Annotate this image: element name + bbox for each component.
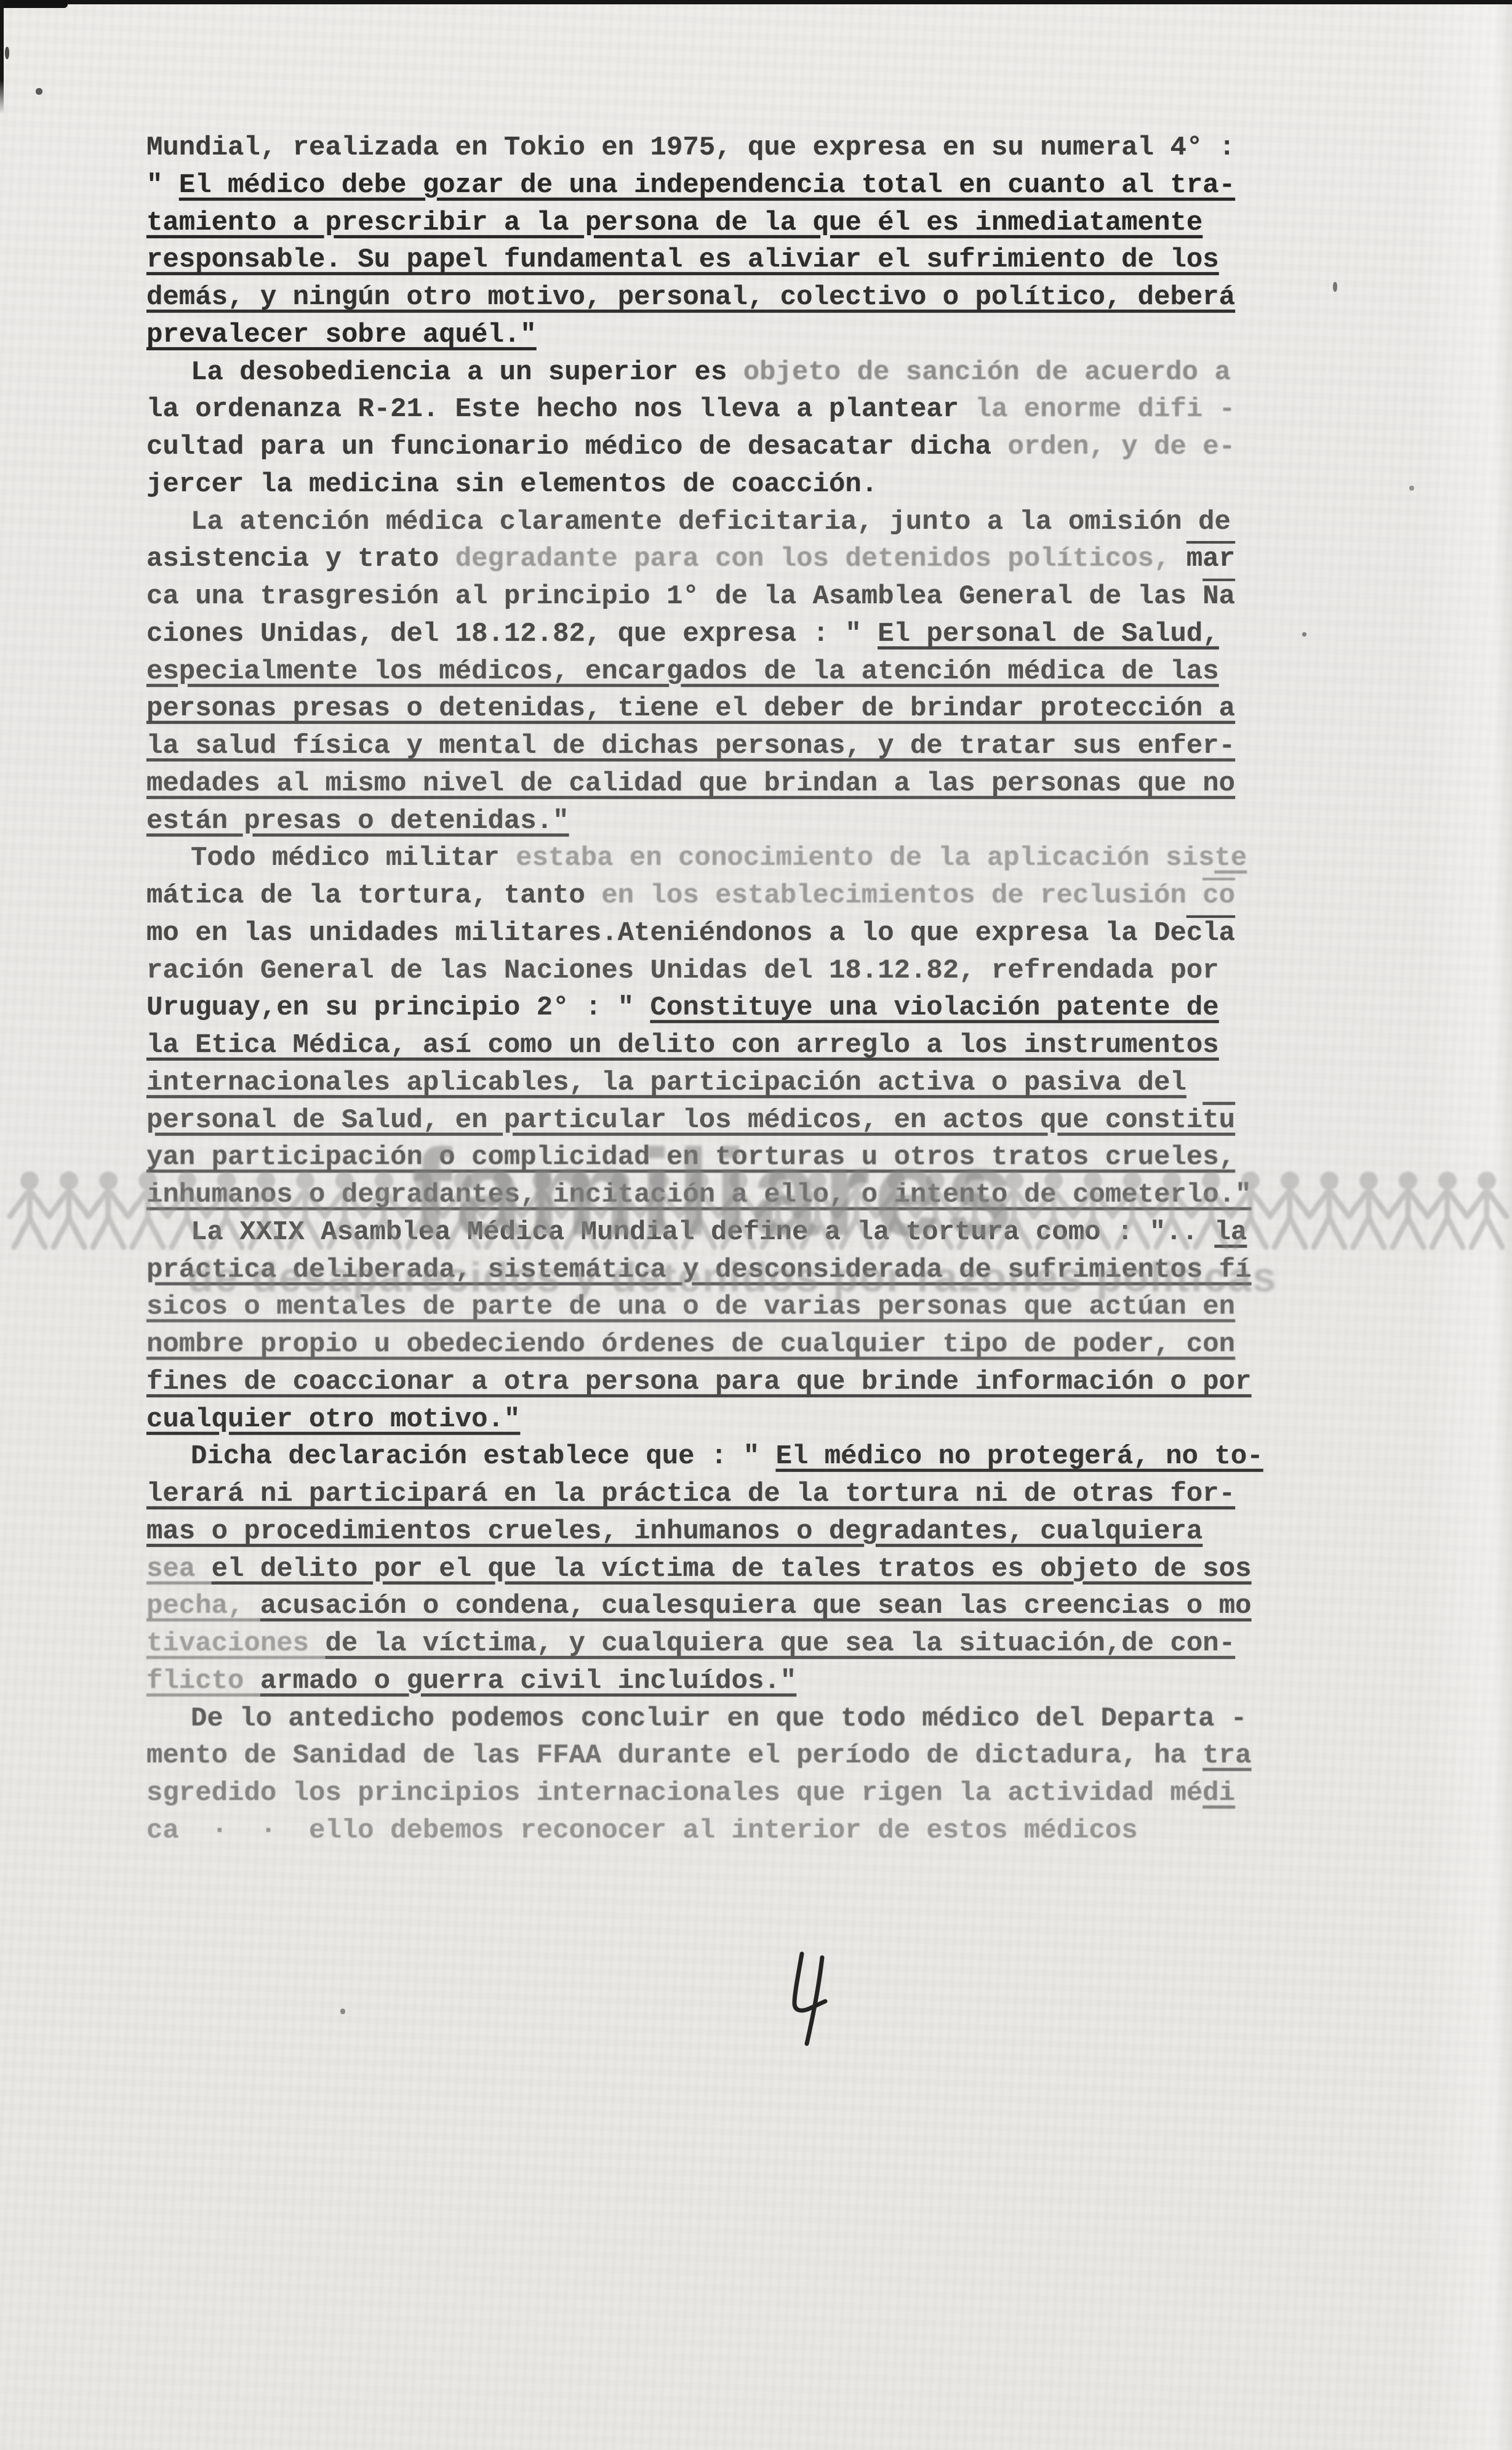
text-line: pecha, acusación o condena, cualesquiera… [146,1588,1408,1625]
text-segment: jercer la medicina sin elementos de coac… [146,469,878,500]
text-segment: objeto de sanción de acuerdo a [743,357,1231,388]
text-segment: prevalecer sobre aquél." [146,319,537,350]
text-segment: la ordenanza R-21. Este hecho nos lleva … [146,394,975,425]
text-line: sgredido los principios internacionales … [146,1775,1408,1812]
text-line: lerará ni participará en la práctica de … [146,1476,1408,1513]
text-line: De lo antedicho podemos concluir en que … [146,1700,1408,1738]
text-segment: fines de coaccionar a otra persona para … [146,1367,1252,1397]
text-line: La atención médica claramente deficitari… [146,504,1408,541]
text-segment: De lo antedicho podemos concluir en que … [191,1703,1247,1734]
text-segment: especialmente los médicos, encargados de… [146,656,1219,687]
text-segment: Todo médico militar [191,843,516,874]
text-line: tamiento a prescribir a la persona de la… [146,204,1408,242]
text-segment: ración General de las Naciones Unidas de… [146,955,1219,986]
ink-speck [1409,486,1414,491]
ink-speck [36,88,42,95]
text-line: personas presas o detenidas, tiene el de… [146,690,1408,728]
text-segment: estaba en conocimiento de la aplicación … [516,843,1214,874]
text-segment: Uruguay,en su principio 2° : " [146,992,650,1023]
text-segment: sgredido los principios internacionales … [146,1778,1202,1809]
text-line: jercer la medicina sin elementos de coac… [146,466,1408,504]
text-segment: en los establecimientos de reclusión [601,880,1202,911]
text-segment: Na [1202,581,1235,612]
text-segment: El médico no protegerá, no to- [776,1441,1263,1472]
text-segment: sea [146,1554,212,1584]
text-segment: mento de Sanidad de las FFAA durante el … [146,1740,1202,1771]
text-line: mento de Sanidad de las FFAA durante el … [146,1737,1408,1775]
text-segment: Constituye una violación patente de [650,992,1219,1023]
watermark-subtitle: de desaparecidos y detenidos por razones… [188,1251,1277,1304]
text-segment: cultad para un funcionario médico de des… [146,432,1007,462]
text-line: fines de coaccionar a otra persona para … [146,1364,1408,1401]
text-segment: ca · · ello debemos reconocer al interio… [146,1815,1138,1846]
text-segment: La desobediencia a un superior es [191,357,743,388]
text-line: asistencia y trato degradante para con l… [146,540,1408,578]
text-segment: asistencia y trato [146,544,455,574]
text-segment: la Etica Médica, así como un delito con … [146,1030,1219,1061]
text-line: cultad para un funcionario médico de des… [146,428,1408,466]
watermark-title: familiares [411,1131,1017,1255]
text-segment: El médico debe gozar de una independenci… [179,170,1235,201]
text-line: cualquier otro motivo." [146,1401,1408,1439]
text-line: " El médico debe gozar de una independen… [146,167,1408,204]
text-segment: orden, y de e- [1007,432,1235,462]
typewritten-text: Mundial, realizada en Tokio en 1975, que… [146,129,1408,1850]
text-line: están presas o detenidas." [146,803,1408,840]
text-segment: internacionales aplicables, la participa… [146,1067,1186,1098]
text-segment: tra [1202,1740,1251,1771]
text-segment: El personal de Salud, [878,619,1219,649]
text-segment: responsable. Su papel fundamental es ali… [146,244,1219,275]
text-segment: pecha, [146,1591,260,1621]
text-line: la ordenanza R-21. Este hecho nos lleva … [146,391,1408,428]
text-segment: mo en las unidades militares.Ateniéndono… [146,918,1186,949]
text-segment: cla [1186,918,1235,949]
text-line: tivaciones de la víctima, y cualquiera q… [146,1625,1408,1663]
text-segment: lerará ni participará en la práctica de … [146,1479,1235,1509]
text-line: la Etica Médica, así como un delito con … [146,1027,1408,1064]
text-segment: armado o guerra civil incluídos." [260,1666,796,1697]
text-line: Todo médico militar estaba en conocimien… [146,840,1408,877]
text-segment: acusación o condena, cualesquiera que se… [260,1591,1252,1621]
text-line: responsable. Su papel fundamental es ali… [146,241,1408,279]
text-line: mática de la tortura, tanto en los estab… [146,877,1408,915]
text-line: Uruguay,en su principio 2° : " Constituy… [146,989,1408,1027]
text-segment: la salud física y mental de dichas perso… [146,731,1235,761]
text-segment: ciones Unidas, del 18.12.82, que expresa… [146,619,878,649]
text-segment: personas presas o detenidas, tiene el de… [146,693,1235,724]
text-line: sea el delito por el que la víctima de t… [146,1551,1408,1588]
text-line: prevalecer sobre aquél." [146,316,1408,354]
text-segment: mática de la tortura, tanto [146,880,601,911]
text-segment: Dicha declaración establece que : " [191,1441,776,1472]
text-line: internacionales aplicables, la participa… [146,1064,1408,1102]
text-segment: mas o procedimientos crueles, inhumanos … [146,1516,1202,1547]
text-segment: ca una trasgresión al principio 1° de la… [146,581,1202,612]
scan-edge-left [0,0,4,114]
text-line: ca una trasgresión al principio 1° de la… [146,578,1408,616]
ink-speck [5,47,9,59]
text-segment: tu [1202,1105,1235,1136]
text-line: ciones Unidas, del 18.12.82, que expresa… [146,616,1408,653]
scan-edge-corner [0,0,68,8]
text-line: flicto armado o guerra civil incluídos." [146,1663,1408,1700]
text-segment: de la víctima, y cualquiera que sea la s… [325,1628,1235,1659]
text-line: especialmente los médicos, encargados de… [146,653,1408,691]
text-segment: mar [1186,544,1235,574]
text-line: demás, y ningún otro motivo, personal, c… [146,279,1408,316]
text-line: ración General de las Naciones Unidas de… [146,952,1408,990]
text-line: mo en las unidades militares.Ateniéndono… [146,915,1408,952]
text-segment: tamiento a prescribir a la persona de la… [146,207,1202,238]
text-segment: co [1202,880,1235,911]
text-segment: están presas o detenidas." [146,806,569,837]
text-line: Dicha declaración establece que : " El m… [146,1438,1408,1476]
text-segment: el delito por el que la víctima de tales… [212,1554,1252,1584]
text-segment: tivaciones [146,1628,325,1659]
text-line: la salud física y mental de dichas perso… [146,728,1408,765]
text-line: mas o procedimientos crueles, inhumanos … [146,1513,1408,1551]
text-line: Mundial, realizada en Tokio en 1975, que… [146,129,1408,167]
text-segment: La atención médica claramente deficitari… [191,507,1231,537]
text-segment: medades al mismo nivel de calidad que br… [146,768,1235,799]
ink-speck [340,2009,345,2014]
text-segment: nombre propio u obedeciendo órdenes de c… [146,1329,1235,1360]
text-line: La desobediencia a un superior es objeto… [146,354,1408,392]
text-segment: " [146,170,179,201]
scanned-document-page: Mundial, realizada en Tokio en 1975, que… [0,0,1512,2450]
text-segment: degradante para con los detenidos políti… [455,544,1186,574]
text-line: nombre propio u obedeciendo órdenes de c… [146,1326,1408,1364]
text-line: medades al mismo nivel de calidad que br… [146,765,1408,803]
text-segment: demás, y ningún otro motivo, personal, c… [146,282,1235,313]
text-segment: di [1202,1778,1235,1809]
scan-edge-top [0,0,1512,4]
text-segment: flicto [146,1666,260,1697]
text-segment: te [1214,843,1247,874]
text-segment: cualquier otro motivo." [146,1404,520,1435]
text-segment: la enorme difi - [975,394,1235,425]
text-segment: Mundial, realizada en Tokio en 1975, que… [146,132,1235,163]
text-line: ca · · ello debemos reconocer al interio… [146,1812,1408,1850]
